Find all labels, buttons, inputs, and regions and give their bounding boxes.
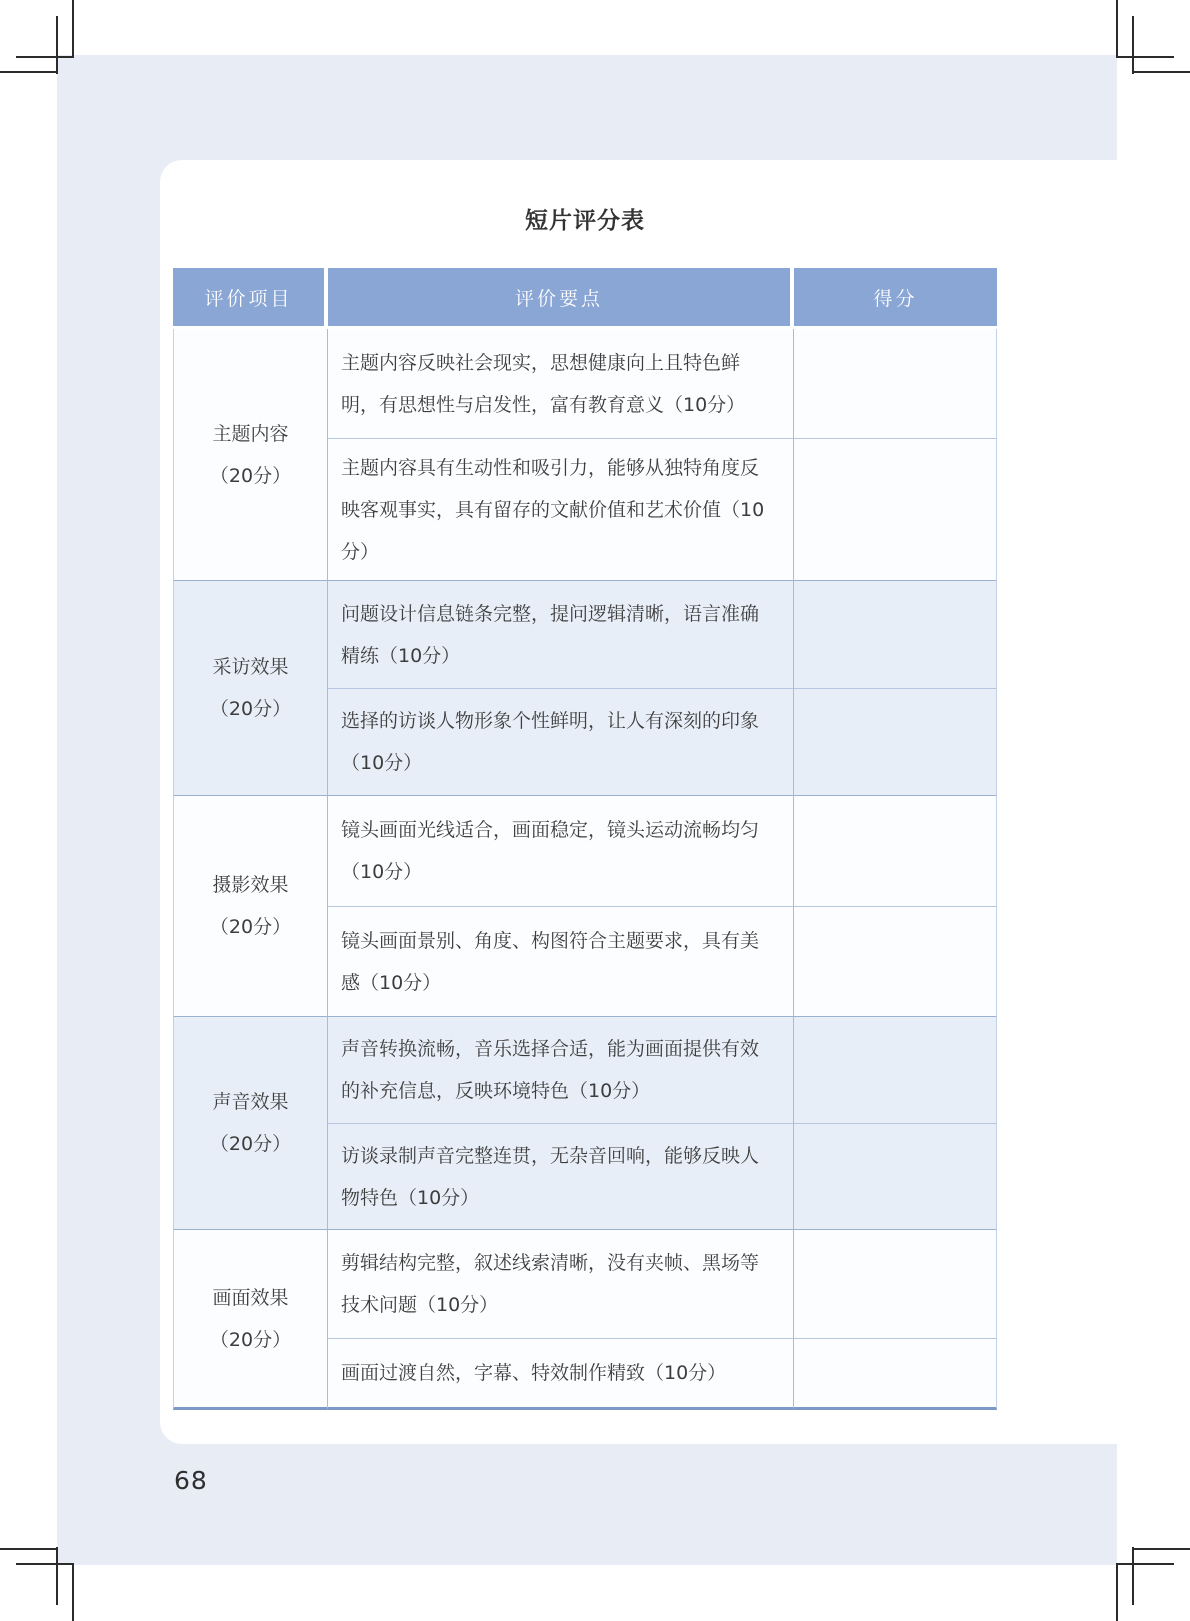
score-cell (794, 439, 997, 581)
category-cell: 采访效果（20分） (173, 581, 328, 796)
category-name: 摄影效果 (175, 864, 326, 906)
page: { "page": { "title": "短片评分表", "page_numb… (0, 0, 1190, 1621)
page-title: 短片评分表 (173, 202, 997, 235)
score-cell (794, 1230, 997, 1339)
table-row: 主题内容（20分）主题内容反映社会现实，思想健康向上且特色鲜明，有思想性与启发性… (173, 329, 997, 439)
score-cell (794, 1339, 997, 1410)
criterion-cell: 主题内容具有生动性和吸引力，能够从独特角度反映客观事实，具有留存的文献价值和艺术… (328, 439, 794, 581)
score-cell (794, 329, 997, 439)
crop-mark-top-right (1116, 56, 1174, 58)
category-cell: 主题内容（20分） (173, 329, 328, 581)
category-name: 主题内容 (175, 413, 326, 455)
table-row: 采访效果（20分）问题设计信息链条完整，提问逻辑清晰，语言准确精练（10分） (173, 581, 997, 689)
crop-mark-top-left (56, 16, 58, 74)
criterion-cell: 镜头画面景别、角度、构图符合主题要求，具有美感（10分） (328, 907, 794, 1017)
crop-mark-bottom-left (0, 1548, 58, 1550)
table-row: 摄影效果（20分）镜头画面光线适合，画面稳定，镜头运动流畅均匀（10分） (173, 796, 997, 907)
score-table-header: 评价项目评价要点得分 (173, 268, 997, 329)
crop-mark-bottom-left (56, 1547, 58, 1605)
score-table-body: 主题内容（20分）主题内容反映社会现实，思想健康向上且特色鲜明，有思想性与启发性… (173, 329, 997, 1410)
category-name: 采访效果 (175, 646, 326, 688)
score-table: 评价项目评价要点得分 主题内容（20分）主题内容反映社会现实，思想健康向上且特色… (173, 268, 997, 1410)
category-name: 声音效果 (175, 1081, 326, 1123)
crop-mark-top-right (1132, 71, 1190, 73)
criterion-cell: 问题设计信息链条完整，提问逻辑清晰，语言准确精练（10分） (328, 581, 794, 689)
table-row: 声音效果（20分）声音转换流畅，音乐选择合适，能为画面提供有效的补充信息，反映环… (173, 1017, 997, 1124)
category-score-label: （20分） (175, 1319, 326, 1361)
score-cell (794, 1124, 997, 1230)
category-cell: 摄影效果（20分） (173, 796, 328, 1017)
crop-mark-top-right (1132, 16, 1134, 74)
criterion-cell: 声音转换流畅，音乐选择合适，能为画面提供有效的补充信息，反映环境特色（10分） (328, 1017, 794, 1124)
crop-mark-bottom-right (1132, 1547, 1134, 1605)
criterion-cell: 选择的访谈人物形象个性鲜明，让人有深刻的印象（10分） (328, 689, 794, 796)
category-score-label: （20分） (175, 1123, 326, 1165)
criterion-cell: 访谈录制声音完整连贯，无杂音回响，能够反映人物特色（10分） (328, 1124, 794, 1230)
score-cell (794, 796, 997, 907)
crop-mark-bottom-left (72, 1563, 74, 1621)
crop-mark-top-left (0, 71, 58, 73)
score-cell (794, 907, 997, 1017)
crop-mark-bottom-left (16, 1563, 74, 1565)
category-score-label: （20分） (175, 906, 326, 948)
crop-mark-top-left (16, 56, 74, 58)
header-cell-0: 评价项目 (173, 268, 328, 329)
criterion-cell: 画面过渡自然，字幕、特效制作精致（10分） (328, 1339, 794, 1410)
header-cell-2: 得分 (794, 268, 997, 329)
table-row: 画面效果（20分）剪辑结构完整，叙述线索清晰，没有夹帧、黑场等技术问题（10分） (173, 1230, 997, 1339)
crop-mark-bottom-right (1132, 1548, 1190, 1550)
score-table-container: 评价项目评价要点得分 主题内容（20分）主题内容反映社会现实，思想健康向上且特色… (173, 268, 997, 1410)
crop-mark-bottom-right (1116, 1563, 1174, 1565)
score-cell (794, 581, 997, 689)
category-cell: 画面效果（20分） (173, 1230, 328, 1410)
crop-mark-bottom-right (1116, 1563, 1118, 1621)
category-score-label: （20分） (175, 688, 326, 730)
criterion-cell: 镜头画面光线适合，画面稳定，镜头运动流畅均匀（10分） (328, 796, 794, 907)
header-cell-1: 评价要点 (328, 268, 794, 329)
score-cell (794, 1017, 997, 1124)
category-score-label: （20分） (175, 455, 326, 497)
page-number: 68 (174, 1466, 208, 1495)
category-name: 画面效果 (175, 1277, 326, 1319)
criterion-cell: 主题内容反映社会现实，思想健康向上且特色鲜明，有思想性与启发性，富有教育意义（1… (328, 329, 794, 439)
crop-mark-top-left (72, 0, 74, 58)
category-cell: 声音效果（20分） (173, 1017, 328, 1230)
criterion-cell: 剪辑结构完整，叙述线索清晰，没有夹帧、黑场等技术问题（10分） (328, 1230, 794, 1339)
score-cell (794, 689, 997, 796)
crop-mark-top-right (1116, 0, 1118, 58)
